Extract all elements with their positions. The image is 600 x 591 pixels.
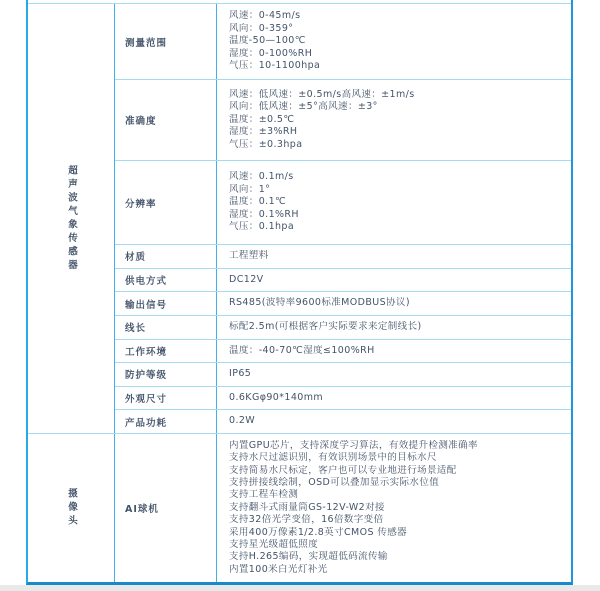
value-line: IP65 [229, 368, 567, 380]
spec-row: 防护等级IP65 [115, 362, 571, 386]
spec-row: 输出信号RS485(波特率9600标准MODBUS协议) [115, 291, 571, 315]
spec-row: 材质工程塑料 [115, 244, 571, 268]
value-line: DC12V [229, 274, 567, 286]
value-line: 温度：-40-70℃湿度≤100%RH [229, 345, 567, 357]
spec-row: 产品功耗0.2W [115, 409, 571, 433]
value-line: 湿度：0.1%RH [229, 209, 567, 221]
spec-row: 供电方式DC12V [115, 268, 571, 292]
value-line: 风向：低风速：±5°高风速：±3° [229, 101, 567, 113]
value-line: 0.2W [229, 415, 567, 427]
value-line: 0.6KGφ90*140mm [229, 392, 567, 404]
category-label: 摄像头 [64, 488, 78, 529]
value-line: 湿度：±3%RH [229, 126, 567, 138]
spec-name: 外观尺寸 [115, 387, 217, 410]
spec-name: 输出信号 [115, 292, 217, 315]
value-line: 温度：0.1℃ [229, 196, 567, 208]
spec-name: 分辨率 [115, 161, 217, 244]
product-spec-sheet: 超声波气象传感器测量范围风速：0-45m/s风向：0-359°温度-50—100… [0, 0, 600, 591]
bottom-bar [0, 585, 600, 591]
table-sections: 超声波气象传感器测量范围风速：0-45m/s风向：0-359°温度-50—100… [28, 3, 571, 582]
value-line: 采用400万像素1/2.8英寸CMOS 传感器 [229, 527, 567, 539]
spec-row: 工作环境温度：-40-70℃湿度≤100%RH [115, 339, 571, 363]
spec-value: 内置GPU芯片，支持深度学习算法，有效提升检测准确率支持水尺过滤识别，有效识别场… [217, 434, 571, 582]
spec-value: 风速：0.1m/s风向：1°温度：0.1℃湿度：0.1%RH气压：0.1hpa [217, 161, 571, 244]
spec-name: 材质 [115, 245, 217, 268]
category-cell: 超声波气象传感器 [28, 4, 115, 433]
value-line: 内置100米白光灯补光 [229, 564, 567, 576]
value-line: 支持32倍光学变倍，16倍数字变倍 [229, 514, 567, 526]
spec-value: RS485(波特率9600标准MODBUS协议) [217, 292, 571, 315]
value-line: 风速：低风速：±0.5m/s高风速：±1m/s [229, 89, 567, 101]
spec-value: 0.2W [217, 410, 571, 433]
value-line: 风速：0.1m/s [229, 171, 567, 183]
spec-row: 线长标配2.5m(可根据客户实际要求来定制线长) [115, 315, 571, 339]
value-line: 温度：±0.5℃ [229, 114, 567, 126]
spec-value: 风速：0-45m/s风向：0-359°温度-50—100℃湿度：0-100%RH… [217, 4, 571, 79]
value-line: 工程塑料 [229, 250, 567, 262]
spec-value: 0.6KGφ90*140mm [217, 387, 571, 410]
value-line: 支持H.265编码，实现超低码流传输 [229, 551, 567, 563]
value-line: 支持拼接线绘制，OSD可以叠加显示实际水位值 [229, 477, 567, 489]
spec-row: 分辨率风速：0.1m/s风向：1°温度：0.1℃湿度：0.1%RH气压：0.1h… [115, 160, 571, 244]
value-line: 气压：0.1hpa [229, 221, 567, 233]
spec-table: 超声波气象传感器测量范围风速：0-45m/s风向：0-359°温度-50—100… [26, 0, 573, 585]
spec-name: 工作环境 [115, 340, 217, 363]
spec-row: 测量范围风速：0-45m/s风向：0-359°温度-50—100℃湿度：0-10… [115, 4, 571, 79]
spec-row: 准确度风速：低风速：±0.5m/s高风速：±1m/s风向：低风速：±5°高风速：… [115, 79, 571, 160]
spec-name: 供电方式 [115, 269, 217, 292]
value-line: 风速：0-45m/s [229, 10, 567, 22]
spec-name: 防护等级 [115, 363, 217, 386]
spec-name: 准确度 [115, 80, 217, 160]
spec-value: 标配2.5m(可根据客户实际要求来定制线长) [217, 316, 571, 339]
table-section: 超声波气象传感器测量范围风速：0-45m/s风向：0-359°温度-50—100… [28, 3, 571, 433]
value-line: 支持简易水尺标定，客户也可以专业地进行场景适配 [229, 465, 567, 477]
spec-name: AI球机 [115, 434, 217, 582]
spec-name: 测量范围 [115, 4, 217, 79]
value-line: 内置GPU芯片，支持深度学习算法，有效提升检测准确率 [229, 440, 567, 452]
value-line: 气压：±0.3hpa [229, 139, 567, 151]
category-label: 超声波气象传感器 [64, 165, 78, 273]
spec-row: 外观尺寸0.6KGφ90*140mm [115, 386, 571, 410]
spec-name: 线长 [115, 316, 217, 339]
table-section: 摄像头AI球机内置GPU芯片，支持深度学习算法，有效提升检测准确率支持水尺过滤识… [28, 433, 571, 582]
spec-value: 温度：-40-70℃湿度≤100%RH [217, 340, 571, 363]
section-rows: AI球机内置GPU芯片，支持深度学习算法，有效提升检测准确率支持水尺过滤识别，有… [115, 434, 571, 582]
value-line: 风向：0-359° [229, 23, 567, 35]
value-line: 支持翻斗式雨量筒GS-12V-W2对接 [229, 502, 567, 514]
spec-value: DC12V [217, 269, 571, 292]
value-line: 标配2.5m(可根据客户实际要求来定制线长) [229, 321, 567, 333]
category-cell: 摄像头 [28, 434, 115, 582]
value-line: 湿度：0-100%RH [229, 48, 567, 60]
spec-value: 工程塑料 [217, 245, 571, 268]
value-line: 支持星光级超低照度 [229, 539, 567, 551]
value-line: 支持水尺过滤识别，有效识别场景中的目标水尺 [229, 452, 567, 464]
value-line: 气压：10-1100hpa [229, 60, 567, 72]
spec-value: IP65 [217, 363, 571, 386]
spec-name: 产品功耗 [115, 410, 217, 433]
spec-row: AI球机内置GPU芯片，支持深度学习算法，有效提升检测准确率支持水尺过滤识别，有… [115, 434, 571, 582]
spec-value: 风速：低风速：±0.5m/s高风速：±1m/s风向：低风速：±5°高风速：±3°… [217, 80, 571, 160]
section-rows: 测量范围风速：0-45m/s风向：0-359°温度-50—100℃湿度：0-10… [115, 4, 571, 433]
value-line: RS485(波特率9600标准MODBUS协议) [229, 297, 567, 309]
value-line: 支持工程车检测 [229, 489, 567, 501]
value-line: 温度-50—100℃ [229, 35, 567, 47]
value-line: 风向：1° [229, 184, 567, 196]
